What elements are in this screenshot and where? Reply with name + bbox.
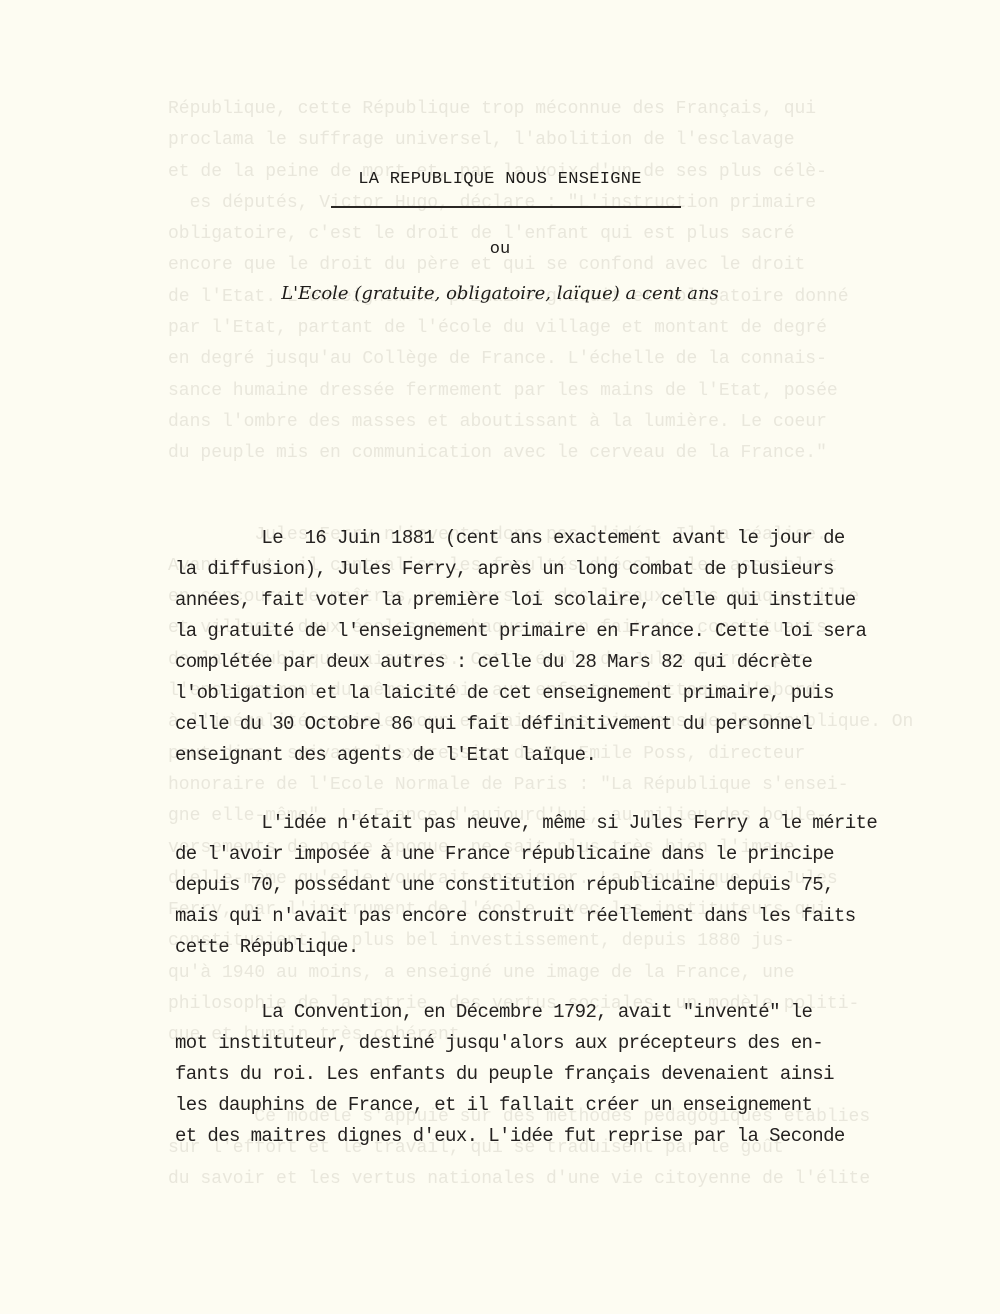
bleed-through-line: par l'Etat, partant de l'école du villag… <box>168 313 848 344</box>
paragraph-3: La Convention, en Décembre 1792, avait "… <box>175 997 875 1152</box>
paragraph-line: la gratuité de l'enseignement primaire e… <box>175 616 875 647</box>
paragraph-line: depuis 70, possédant une constitution ré… <box>175 870 875 901</box>
paragraph-line: fants du roi. Les enfants du peuple fran… <box>175 1059 875 1090</box>
bleed-through-line: honoraire de l'Ecole Normale de Paris : … <box>168 770 848 801</box>
paragraph-line: de l'avoir imposée à une France républic… <box>175 839 875 870</box>
document-title: LA REPUBLIQUE NOUS ENSEIGNE <box>0 170 1000 189</box>
paragraph-line: l'obligation et la laicité de cet enseig… <box>175 678 875 709</box>
bleed-through-line: du savoir et les vertus nationales d'une… <box>168 1164 848 1195</box>
bleed-through-line: es députés, Victor Hugo, déclare : "L'in… <box>168 188 848 219</box>
paragraph-line: complétée par deux autres : celle du 28 … <box>175 647 875 678</box>
title-connector: ou <box>0 240 1000 259</box>
paragraph-line: la diffusion), Jules Ferry, après un lon… <box>175 554 875 585</box>
bleed-through-line <box>168 470 848 520</box>
paragraph-line: mot instituteur, destiné jusqu'alors aux… <box>175 1028 875 1059</box>
title-underline <box>331 206 681 208</box>
paragraph-1: Le 16 Juin 1881 (cent ans exactement ava… <box>175 523 875 771</box>
paragraph-line: enseignant des agents de l'Etat laïque. <box>175 740 875 771</box>
paragraph-line: années, fait voter la première loi scola… <box>175 585 875 616</box>
paragraph-line: les dauphins de France, et il fallait cr… <box>175 1090 875 1121</box>
bleed-through-line: en degré jusqu'au Collège de France. L'é… <box>168 344 848 375</box>
document-subtitle: L'Ecole (gratuite, obligatoire, laïque) … <box>0 283 1000 304</box>
paragraph-line: celle du 30 Octobre 86 qui fait définiti… <box>175 709 875 740</box>
paragraph-2: L'idée n'était pas neuve, même si Jules … <box>175 808 875 963</box>
bleed-through-line: République, cette République trop méconn… <box>168 94 848 125</box>
paragraph-line: mais qui n'avait pas encore construit ré… <box>175 901 875 932</box>
paragraph-line: Le 16 Juin 1881 (cent ans exactement ava… <box>175 523 875 554</box>
bleed-through-line: proclama le suffrage universel, l'abolit… <box>168 125 848 156</box>
paragraph-line: et des maitres dignes d'eux. L'idée fut … <box>175 1121 875 1152</box>
paragraph-line: L'idée n'était pas neuve, même si Jules … <box>175 808 875 839</box>
paragraph-line: La Convention, en Décembre 1792, avait "… <box>175 997 875 1028</box>
document-page: République, cette République trop méconn… <box>0 0 1000 1314</box>
paragraph-line: cette République. <box>175 932 875 963</box>
bleed-through-line: sance humaine dressée fermement par les … <box>168 376 848 407</box>
bleed-through-line: du peuple mis en communication avec le c… <box>168 438 848 469</box>
bleed-through-line: dans l'ombre des masses et aboutissant à… <box>168 407 848 438</box>
